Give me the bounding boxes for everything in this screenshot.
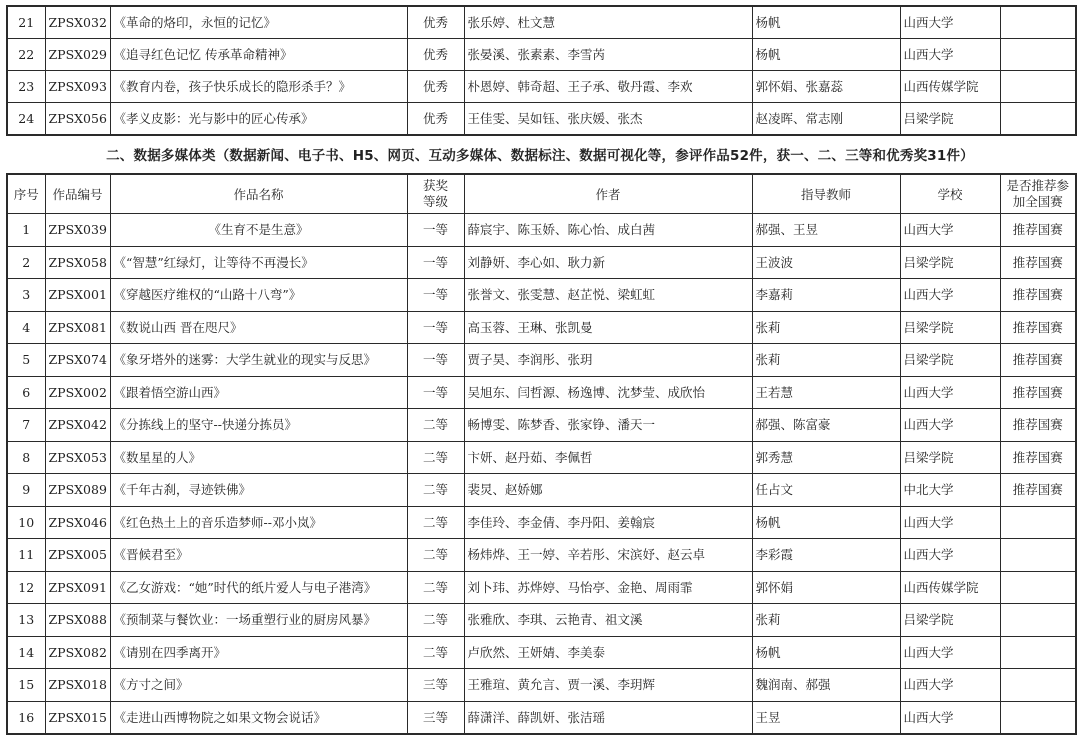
cell-title: 《孝义皮影：光与影中的匠心传承》 <box>110 103 407 136</box>
cell-advisor: 郝强、王昱 <box>752 214 900 247</box>
cell-school: 吕梁学院 <box>900 311 1000 344</box>
cell-title: 《走进山西博物院之如果文物会说话》 <box>110 701 407 734</box>
cell-title: 《晋候君至》 <box>110 539 407 572</box>
cell-school: 山西大学 <box>900 39 1000 71</box>
table-row: 5ZPSX074《象牙塔外的迷雾：大学生就业的现实与反思》一等贾子昊、李润彤、张… <box>7 344 1076 377</box>
table-row: 3ZPSX001《穿越医疗维权的“山路十八弯”》一等张誉文、张雯慧、赵芷悦、梁虹… <box>7 279 1076 312</box>
cell-advisor: 郝强、陈富豪 <box>752 409 900 442</box>
table-row: 4ZPSX081《数说山西 晋在咫尺》一等高玉蓉、王琳、张凯曼张莉吕梁学院推荐国… <box>7 311 1076 344</box>
cell-code: ZPSX082 <box>45 636 110 669</box>
cell-school: 山西大学 <box>900 506 1000 539</box>
table-row: 9ZPSX089《千年古刹，寻迹铁佛》二等裴炅、赵娇娜任占文中北大学推荐国赛 <box>7 474 1076 507</box>
cell-no: 5 <box>7 344 45 377</box>
cell-title: 《预制菜与餐饮业：一场重塑行业的厨房风暴》 <box>110 604 407 637</box>
cell-advisor: 任占文 <box>752 474 900 507</box>
cell-code: ZPSX018 <box>45 669 110 702</box>
cell-recommend: 推荐国赛 <box>1000 344 1076 377</box>
cell-award: 优秀 <box>407 71 464 103</box>
cell-advisor: 张莉 <box>752 311 900 344</box>
cell-recommend: 推荐国赛 <box>1000 279 1076 312</box>
cell-recommend: 推荐国赛 <box>1000 441 1076 474</box>
cell-school: 中北大学 <box>900 474 1000 507</box>
cell-no: 6 <box>7 376 45 409</box>
table-row: 12ZPSX091《乙女游戏：“她”时代的纸片爱人与电子港湾》二等刘卜玮、苏烨婷… <box>7 571 1076 604</box>
cell-recommend: 推荐国赛 <box>1000 474 1076 507</box>
cell-award: 一等 <box>407 311 464 344</box>
cell-recommend <box>1000 103 1076 136</box>
cell-no: 15 <box>7 669 45 702</box>
cell-no: 9 <box>7 474 45 507</box>
table-row: 22ZPSX029《追寻红色记忆 传承革命精神》优秀张晏溪、张素素、李雪芮杨帆山… <box>7 39 1076 71</box>
header-authors: 作者 <box>464 174 752 214</box>
table-row: 15ZPSX018《方寸之间》三等王雅瑄、黄允言、贾一溪、李玥辉魏润南、郝强山西… <box>7 669 1076 702</box>
cell-title: 《革命的烙印，永恒的记忆》 <box>110 6 407 39</box>
cell-title: 《教育内卷，孩子快乐成长的隐形杀手？》 <box>110 71 407 103</box>
cell-award: 一等 <box>407 376 464 409</box>
cell-authors: 李佳玲、李金倩、李丹阳、姜翰宸 <box>464 506 752 539</box>
cell-recommend: 推荐国赛 <box>1000 409 1076 442</box>
cell-authors: 王雅瑄、黄允言、贾一溪、李玥辉 <box>464 669 752 702</box>
cell-no: 10 <box>7 506 45 539</box>
cell-title: 《数说山西 晋在咫尺》 <box>110 311 407 344</box>
cell-school: 山西大学 <box>900 409 1000 442</box>
cell-no: 22 <box>7 39 45 71</box>
header-award-line1: 获奖 <box>423 178 448 193</box>
cell-authors: 王佳雯、吴如钰、张庆媛、张杰 <box>464 103 752 136</box>
cell-authors: 薛潇洋、薛凯妍、张洁瑶 <box>464 701 752 734</box>
cell-award: 二等 <box>407 539 464 572</box>
table-row: 14ZPSX082《请别在四季离开》二等卢欣然、王妍婧、李美泰杨帆山西大学 <box>7 636 1076 669</box>
cell-authors: 张乐婷、杜文慧 <box>464 6 752 39</box>
cell-authors: 张誉文、张雯慧、赵芷悦、梁虹虹 <box>464 279 752 312</box>
header-recommend-line2: 加全国赛 <box>1013 194 1063 209</box>
cell-advisor: 魏润南、郝强 <box>752 669 900 702</box>
cell-award: 三等 <box>407 701 464 734</box>
cell-code: ZPSX081 <box>45 311 110 344</box>
cell-advisor: 张莉 <box>752 344 900 377</box>
table-row: 24ZPSX056《孝义皮影：光与影中的匠心传承》优秀王佳雯、吴如钰、张庆媛、张… <box>7 103 1076 136</box>
cell-school: 山西大学 <box>900 539 1000 572</box>
table-row: 2ZPSX058《“智慧”红绿灯，让等待不再漫长》一等刘静妍、李心如、耿力新王波… <box>7 246 1076 279</box>
header-recommend: 是否推荐参 加全国赛 <box>1000 174 1076 214</box>
table-row: 16ZPSX015《走进山西博物院之如果文物会说话》三等薛潇洋、薛凯妍、张洁瑶王… <box>7 701 1076 734</box>
cell-title: 《请别在四季离开》 <box>110 636 407 669</box>
table-row: 23ZPSX093《教育内卷，孩子快乐成长的隐形杀手？》优秀朴恩婷、韩奇超、王子… <box>7 71 1076 103</box>
cell-advisor: 王若慧 <box>752 376 900 409</box>
cell-school: 山西大学 <box>900 701 1000 734</box>
cell-title: 《千年古刹，寻迹铁佛》 <box>110 474 407 507</box>
cell-authors: 卞妍、赵丹茹、李佩哲 <box>464 441 752 474</box>
cell-title: 《数星星的人》 <box>110 441 407 474</box>
cell-authors: 张晏溪、张素素、李雪芮 <box>464 39 752 71</box>
cell-advisor: 李彩霞 <box>752 539 900 572</box>
cell-title: 《分拣线上的坚守--快递分拣员》 <box>110 409 407 442</box>
cell-school: 山西大学 <box>900 636 1000 669</box>
cell-authors: 畅博雯、陈梦香、张家铮、潘天一 <box>464 409 752 442</box>
cell-advisor: 李嘉莉 <box>752 279 900 312</box>
cell-school: 山西大学 <box>900 6 1000 39</box>
cell-advisor: 郭怀娟、张嘉蕊 <box>752 71 900 103</box>
cell-school: 山西大学 <box>900 279 1000 312</box>
cell-authors: 裴炅、赵娇娜 <box>464 474 752 507</box>
cell-title: 《生育不是生意》 <box>110 214 407 247</box>
cell-award: 一等 <box>407 279 464 312</box>
cell-no: 21 <box>7 6 45 39</box>
cell-recommend <box>1000 71 1076 103</box>
cell-no: 24 <box>7 103 45 136</box>
table-row: 10ZPSX046《红色热土上的音乐造梦师--邓小岚》二等李佳玲、李金倩、李丹阳… <box>7 506 1076 539</box>
cell-no: 4 <box>7 311 45 344</box>
cell-authors: 薛宸宇、陈玉娇、陈心怡、成白茜 <box>464 214 752 247</box>
cell-advisor: 张莉 <box>752 604 900 637</box>
cell-no: 3 <box>7 279 45 312</box>
cell-title: 《象牙塔外的迷雾：大学生就业的现实与反思》 <box>110 344 407 377</box>
cell-authors: 卢欣然、王妍婧、李美泰 <box>464 636 752 669</box>
cell-code: ZPSX056 <box>45 103 110 136</box>
cell-no: 23 <box>7 71 45 103</box>
table-row: 11ZPSX005《晋候君至》二等杨炜烨、王一婷、辛若彤、宋滨妤、赵云卓李彩霞山… <box>7 539 1076 572</box>
cell-authors: 张雅欣、李琪、云艳青、祖文溪 <box>464 604 752 637</box>
cell-title: 《追寻红色记忆 传承革命精神》 <box>110 39 407 71</box>
cell-code: ZPSX015 <box>45 701 110 734</box>
cell-recommend <box>1000 6 1076 39</box>
cell-no: 2 <box>7 246 45 279</box>
cell-award: 二等 <box>407 571 464 604</box>
cell-advisor: 杨帆 <box>752 506 900 539</box>
cell-code: ZPSX046 <box>45 506 110 539</box>
cell-school: 山西大学 <box>900 214 1000 247</box>
cell-recommend <box>1000 669 1076 702</box>
cell-code: ZPSX058 <box>45 246 110 279</box>
cell-no: 7 <box>7 409 45 442</box>
cell-school: 吕梁学院 <box>900 441 1000 474</box>
section-title: 二、数据多媒体类（数据新闻、电子书、H5、网页、互动多媒体、数据标注、数据可视化… <box>0 144 1080 164</box>
cell-code: ZPSX089 <box>45 474 110 507</box>
cell-code: ZPSX091 <box>45 571 110 604</box>
cell-recommend: 推荐国赛 <box>1000 311 1076 344</box>
cell-code: ZPSX002 <box>45 376 110 409</box>
cell-title: 《跟着悟空游山西》 <box>110 376 407 409</box>
table-row: 1ZPSX039《生育不是生意》一等薛宸宇、陈玉娇、陈心怡、成白茜郝强、王昱山西… <box>7 214 1076 247</box>
cell-school: 山西大学 <box>900 669 1000 702</box>
cell-authors: 贾子昊、李润彤、张玥 <box>464 344 752 377</box>
cell-no: 13 <box>7 604 45 637</box>
cell-code: ZPSX039 <box>45 214 110 247</box>
cell-title: 《乙女游戏：“她”时代的纸片爱人与电子港湾》 <box>110 571 407 604</box>
cell-advisor: 王昱 <box>752 701 900 734</box>
data-multimedia-awards-table: 序号 作品编号 作品名称 获奖 等级 作者 指导教师 学校 是否推荐参 加全国赛… <box>6 173 1077 735</box>
cell-code: ZPSX029 <box>45 39 110 71</box>
cell-authors: 吴旭东、闫哲源、杨逸博、沈梦莹、成欣怡 <box>464 376 752 409</box>
table-header-row: 序号 作品编号 作品名称 获奖 等级 作者 指导教师 学校 是否推荐参 加全国赛 <box>7 174 1076 214</box>
cell-school: 山西大学 <box>900 376 1000 409</box>
cell-advisor: 赵凌晖、常志刚 <box>752 103 900 136</box>
cell-award: 二等 <box>407 636 464 669</box>
cell-school: 山西传媒学院 <box>900 571 1000 604</box>
cell-code: ZPSX005 <box>45 539 110 572</box>
header-recommend-line1: 是否推荐参 <box>1006 178 1069 193</box>
table-row: 8ZPSX053《数星星的人》二等卞妍、赵丹茹、李佩哲郭秀慧吕梁学院推荐国赛 <box>7 441 1076 474</box>
cell-recommend: 推荐国赛 <box>1000 214 1076 247</box>
cell-award: 二等 <box>407 604 464 637</box>
header-no: 序号 <box>7 174 45 214</box>
cell-award: 优秀 <box>407 39 464 71</box>
cell-code: ZPSX074 <box>45 344 110 377</box>
cell-no: 16 <box>7 701 45 734</box>
cell-title: 《方寸之间》 <box>110 669 407 702</box>
cell-recommend <box>1000 636 1076 669</box>
header-advisor: 指导教师 <box>752 174 900 214</box>
table-row: 13ZPSX088《预制菜与餐饮业：一场重塑行业的厨房风暴》二等张雅欣、李琪、云… <box>7 604 1076 637</box>
cell-recommend <box>1000 539 1076 572</box>
cell-code: ZPSX001 <box>45 279 110 312</box>
cell-award: 三等 <box>407 669 464 702</box>
cell-advisor: 郭秀慧 <box>752 441 900 474</box>
cell-recommend <box>1000 701 1076 734</box>
cell-award: 二等 <box>407 409 464 442</box>
cell-no: 14 <box>7 636 45 669</box>
table-row: 7ZPSX042《分拣线上的坚守--快递分拣员》二等畅博雯、陈梦香、张家铮、潘天… <box>7 409 1076 442</box>
cell-code: ZPSX032 <box>45 6 110 39</box>
cell-award: 优秀 <box>407 103 464 136</box>
table-row: 6ZPSX002《跟着悟空游山西》一等吴旭东、闫哲源、杨逸博、沈梦莹、成欣怡王若… <box>7 376 1076 409</box>
cell-code: ZPSX042 <box>45 409 110 442</box>
cell-title: 《穿越医疗维权的“山路十八弯”》 <box>110 279 407 312</box>
cell-recommend <box>1000 604 1076 637</box>
cell-recommend <box>1000 39 1076 71</box>
header-award-line2: 等级 <box>423 194 448 209</box>
cell-advisor: 杨帆 <box>752 39 900 71</box>
cell-recommend: 推荐国赛 <box>1000 246 1076 279</box>
cell-authors: 刘卜玮、苏烨婷、马怡亭、金艳、周雨霏 <box>464 571 752 604</box>
header-title: 作品名称 <box>110 174 407 214</box>
cell-advisor: 杨帆 <box>752 6 900 39</box>
cell-school: 山西传媒学院 <box>900 71 1000 103</box>
cell-award: 二等 <box>407 441 464 474</box>
cell-award: 优秀 <box>407 6 464 39</box>
cell-recommend <box>1000 571 1076 604</box>
cell-authors: 刘静妍、李心如、耿力新 <box>464 246 752 279</box>
cell-award: 一等 <box>407 214 464 247</box>
cell-award: 一等 <box>407 344 464 377</box>
cell-school: 吕梁学院 <box>900 246 1000 279</box>
cell-authors: 杨炜烨、王一婷、辛若彤、宋滨妤、赵云卓 <box>464 539 752 572</box>
cell-code: ZPSX093 <box>45 71 110 103</box>
cell-code: ZPSX053 <box>45 441 110 474</box>
cell-award: 一等 <box>407 246 464 279</box>
cell-advisor: 王波波 <box>752 246 900 279</box>
cell-school: 吕梁学院 <box>900 103 1000 136</box>
header-school: 学校 <box>900 174 1000 214</box>
cell-advisor: 郭怀娟 <box>752 571 900 604</box>
cell-school: 吕梁学院 <box>900 344 1000 377</box>
cell-no: 8 <box>7 441 45 474</box>
cell-school: 吕梁学院 <box>900 604 1000 637</box>
cell-title: 《“智慧”红绿灯，让等待不再漫长》 <box>110 246 407 279</box>
cell-no: 11 <box>7 539 45 572</box>
cell-recommend <box>1000 506 1076 539</box>
previous-category-table: 21ZPSX032《革命的烙印，永恒的记忆》优秀张乐婷、杜文慧杨帆山西大学22Z… <box>6 5 1077 136</box>
table-row: 21ZPSX032《革命的烙印，永恒的记忆》优秀张乐婷、杜文慧杨帆山西大学 <box>7 6 1076 39</box>
cell-title: 《红色热土上的音乐造梦师--邓小岚》 <box>110 506 407 539</box>
header-code: 作品编号 <box>45 174 110 214</box>
cell-award: 二等 <box>407 506 464 539</box>
cell-no: 1 <box>7 214 45 247</box>
cell-award: 二等 <box>407 474 464 507</box>
cell-recommend: 推荐国赛 <box>1000 376 1076 409</box>
cell-authors: 朴恩婷、韩奇超、王子承、敬丹霞、李欢 <box>464 71 752 103</box>
cell-advisor: 杨帆 <box>752 636 900 669</box>
cell-no: 12 <box>7 571 45 604</box>
cell-code: ZPSX088 <box>45 604 110 637</box>
cell-authors: 高玉蓉、王琳、张凯曼 <box>464 311 752 344</box>
header-award: 获奖 等级 <box>407 174 464 214</box>
